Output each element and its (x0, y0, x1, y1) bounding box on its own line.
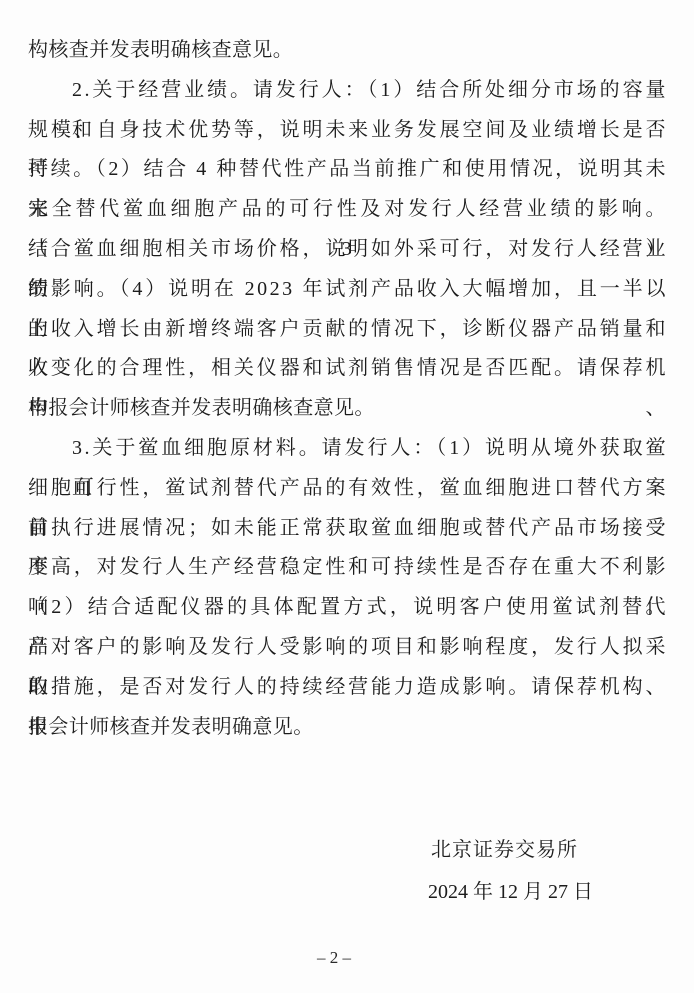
text-line-p2-7: 的收入增长由新增终端客户贡献的情况下，诊断仪器产品销量和收 (28, 310, 668, 350)
text-line-p3-3: 前执行进展情况；如未能正常获取鲎血细胞或替代产品市场接受度 (28, 509, 668, 549)
text-line-p2-2: 规模、自身技术优势等，说明未来业务发展空间及业绩增长是否可 (28, 111, 668, 151)
text-line-p2-1: 2.关于经营业绩。请发行人：（1）结合所处细分市场的容量和 (28, 71, 668, 111)
text-line-p1-1: 构核查并发表明确核查意见。 (28, 31, 668, 71)
document-page: 构核查并发表明确核查意见。2.关于经营业绩。请发行人：（1）结合所处细分市场的容… (0, 0, 694, 993)
page-number: – 2 – (0, 948, 694, 968)
text-line-p3-1: 3.关于鲎血细胞原材料。请发行人：（1）说明从境外获取鲎血 (28, 429, 668, 469)
text-line-p2-4: 完全替代鲎血细胞产品的可行性及对发行人经营业绩的影响。（3） (28, 190, 668, 230)
text-line-p2-5: 结合鲎血细胞相关市场价格，说明如外采可行，对发行人经营业绩 (28, 230, 668, 270)
signature-block: 北京证券交易所 2024 年 12 月 27 日 (0, 829, 694, 913)
issuer-name: 北京证券交易所 (431, 829, 578, 871)
text-line-p2-3: 持续。（2）结合 4 种替代性产品当前推广和使用情况，说明其未来 (28, 150, 668, 190)
text-line-p2-6: 的影响。（4）说明在 2023 年试剂产品收入大幅增加，且一半以上 (28, 270, 668, 310)
text-line-p3-5: （2）结合适配仪器的具体配置方式，说明客户使用鲎试剂替代产 (28, 588, 668, 628)
text-line-p3-8: 报会计师核查并发表明确意见。 (28, 708, 668, 748)
text-line-p3-4: 不高，对发行人生产经营稳定性和可持续性是否存在重大不利影响。 (28, 548, 668, 588)
document-body: 构核查并发表明确核查意见。2.关于经营业绩。请发行人：（1）结合所处细分市场的容… (0, 0, 694, 747)
text-line-p2-8: 入变化的合理性，相关仪器和试剂销售情况是否匹配。请保荐机构、 (28, 349, 668, 389)
text-line-p3-7: 的措施，是否对发行人的持续经营能力造成影响。请保荐机构、申 (28, 668, 668, 708)
issue-date: 2024 年 12 月 27 日 (428, 871, 593, 913)
text-line-p3-6: 品对客户的影响及发行人受影响的项目和影响程度，发行人拟采取 (28, 628, 668, 668)
text-line-p3-2: 细胞可行性，鲎试剂替代产品的有效性，鲎血细胞进口替代方案目 (28, 469, 668, 509)
